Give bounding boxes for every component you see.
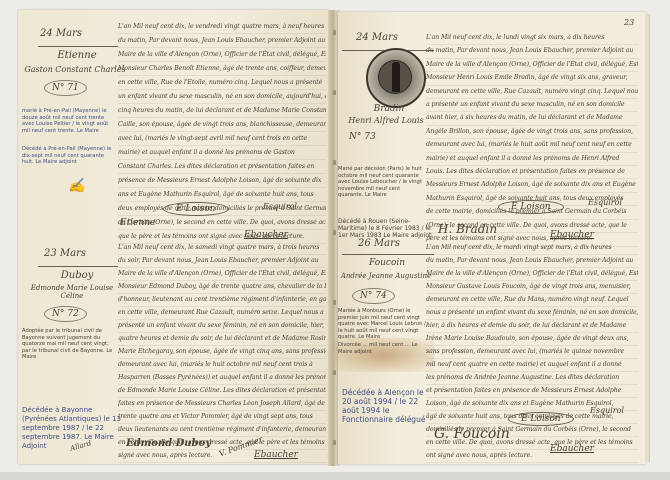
body-line: ans et Eugène Mathurin Esquirol, âgé de … [118,188,326,202]
entry-surname: Duboy [32,270,122,281]
marginal-note-adoption: Adoptée par le tribunal civil de Bayonne… [22,328,118,361]
body-line: du matin, Par devant nous, Jean Louis Eb… [426,45,638,58]
body-line: hier, à dix heures et demie du soir, de … [426,320,638,333]
body-line: avant hier, à six heures du matin, de lu… [426,112,638,125]
entry-given-names: Andrée Jeanne Augustine [338,272,434,280]
body-line: Constant Charles. Les dites déclaration … [118,160,326,174]
body-line: Hasparren (Basses Pyrénées)) et auquel e… [118,372,326,385]
entry-date: 24 Mars [40,28,82,39]
entry-surname: Bradin [346,104,432,114]
body-line: d'honneur, lieutenant au cent trentième … [118,294,326,307]
entry-body: L'an Mil neuf cent dix, le lundi vingt s… [426,32,638,247]
body-line: demeurant en cette ville, Rue du Mans, n… [426,294,638,307]
body-line: les prénoms de Andrée Jeanne Augustine. … [426,372,638,385]
body-line: Maire de la ville d'Alençon (Orne), Offi… [118,48,326,62]
binding-stitch [333,90,336,95]
marginal-note-marriage: Marié par décision (Paris) le huit octob… [338,166,424,199]
body-line: deux lieutenants au cent trentième régim… [118,424,326,437]
marginal-note-death: Décédé à Pré-en-Pail (Mayenne) le dix-se… [22,146,112,166]
body-line: L'an Mil neuf cent dix, le samedi vingt … [118,242,326,255]
body-line: un enfant vivant du sexe masculin, né en… [118,90,326,104]
right-page: 23 24 Mars Bradin Henri Alfred Louis N° … [338,12,646,464]
signature-officer: Ebaucher [550,230,594,240]
body-line: de Edmonde Marie Louise Céline. Les dite… [118,385,326,398]
body-line: du matin, Par devant nous, Jean Louis Eb… [426,255,638,268]
margin-divider [38,266,118,267]
republique-francaise-seal [366,48,426,108]
body-line: Monsieur Gustave Louis Foucoin, âgé de v… [426,281,638,294]
entry-body: L'an Mil neuf cent dix, le samedi vingt … [118,242,326,463]
signature-officer: Ebaucher [244,230,288,240]
signature-witness-1: E Loison [163,202,229,216]
record-number: N° 71 [44,80,87,96]
signature-witness-1: E Loison [508,412,574,426]
body-line: trente quatre ans et Victor Pommier, âgé… [118,411,326,424]
signature-officer: Ebaucher [254,450,298,460]
marginal-note-divorce: Divorcée ... mil neuf cent ... Le Maire … [338,342,428,355]
body-line: Maire de la ville d'Alençon (Orne), Offi… [118,268,326,281]
entry-date: 23 Mars [44,248,86,259]
body-line: faites en présence de Messieurs Charles … [118,398,326,411]
body-line: quatre heures et demie du soir, de lui d… [118,333,326,346]
body-line: présence de Messieurs Ernest Adolphe Loi… [118,174,326,188]
marginal-note-death: Décédée à Alençon le 20 août 1994 / le 2… [342,388,428,424]
body-line: Louis. Les dites déclaration et présenta… [426,166,638,179]
body-line: mairie) et auquel enfant il a donné les … [426,153,638,166]
marginal-note-death: Décédé à Rouen (Seine-Maritime) le 8 Fév… [338,218,438,239]
body-line: Monsieur Edmond Duboy, âgé de trente qua… [118,281,326,294]
body-line: Irène Marie Louise Baudouin, son épouse,… [426,333,638,346]
margin-divider [342,254,434,255]
scanned-register-spread: 24 Mars Etienne Gaston Constant Charles … [0,0,670,480]
body-line: Maire de la ville d'Alençon (Orne), Offi… [426,59,638,72]
signature-father: Etienne [120,218,155,228]
binding-stitch [333,440,336,445]
left-page: 24 Mars Etienne Gaston Constant Charles … [18,10,330,464]
margin-divider [38,46,118,47]
body-line: Caille, son épouse, âgée de vingt trois … [118,118,326,132]
record-number: N° 73 [342,130,383,144]
record-number: N° 72 [44,306,87,322]
body-line: nous a présenté un enfant vivant du sexe… [426,307,638,320]
entry-surname: Foucoin [344,258,430,268]
entry-given-names: Henri Alfred Louis [338,116,434,125]
signature-witness-2: Esquirol [263,202,297,211]
entry-date: 26 Mars [358,238,400,249]
body-line: cinq heures du matin, de lui déclarant e… [118,104,326,118]
entry-given-names: Gaston Constant Charles [20,65,130,74]
signature-witness-2: Esquirol [588,198,622,207]
body-line: avec lui, (mariés le vingt-sept avril mi… [118,132,326,146]
signature-father: G. Foucoin [434,426,510,442]
mayor-signature-mark: ✍ [68,178,85,194]
body-line: Maire de la ville d'Alençon (Orne), Offi… [426,268,638,281]
marginal-note-marriage: Mariée à Montsurs (Orne) le premier juin… [338,308,428,341]
body-line: demeurant avec lui, (mariés le huit août… [426,139,638,152]
body-line: L'an Mil neuf cent dix, le lundi vingt s… [426,32,638,45]
signature-father: Edmond Duboy [126,438,211,449]
marginal-note-marriage: marié à Pré-en-Pail (Mayenne) le douze a… [22,108,114,134]
binding-stitch [333,160,336,165]
body-line: et présentation faites en présence de Me… [426,385,638,398]
record-number: N° 74 [352,288,395,304]
binding-stitch [333,30,336,35]
body-line: Messieurs Ernest Adolphe Loison, âgé de … [426,179,638,192]
body-line: Angèle Brillon, son épouse, âgée de ving… [426,126,638,139]
entry-date: 24 Mars [356,32,398,43]
body-line: sans profession, demeurant avec lui, (ma… [426,346,638,359]
body-line: présenté un enfant vivant du sexe fémini… [118,320,326,333]
entry-surname: Etienne [32,50,122,61]
body-line: Monsieur Charles Benoît Etienne, âgé de … [118,62,326,76]
body-line: a présenté un enfant vivant du sexe masc… [426,99,638,112]
signature-father: H. Bradin [438,222,497,236]
body-line: mil neuf cent quatre en cette mairie) et… [426,359,638,372]
body-line: L'an Mil neuf cent dix, le mardi vingt s… [426,242,638,255]
page-number: 23 [624,18,634,27]
body-line: en cette ville, demeurant Rue Cazault, n… [118,307,326,320]
signature-officer: Ebaucher [550,444,594,454]
binding-stitch [333,300,336,305]
body-line: du matin, Par devant nous, Jean Louis Eb… [118,34,326,48]
body-line: demeurant en cette ville, Rue Cazault, n… [426,86,638,99]
body-line: mairie) et auquel enfant il a donné les … [118,146,326,160]
body-line: demeurant avec lui, (mariés le huit octo… [118,359,326,372]
body-line: ont signé avec nous, après lecture. [426,450,638,463]
binding-stitch [333,230,336,235]
scanner-bed-edge [0,472,670,480]
body-line: Marie Etchegaray, son épouse, âgée de vi… [118,346,326,359]
entry-given-names: Edmonde Marie Louise Céline [20,284,124,300]
body-line: L'an Mil neuf cent dix, le vendredi ving… [118,20,326,34]
signature-witness-2: Esquirol [590,406,624,415]
body-line: Monsieur Henri Louis Emile Bradin, âgé d… [426,72,638,85]
signature-witness-1: E Loison [498,200,564,214]
body-line: du soir, Par devant nous, Jean Louis Eba… [118,255,326,268]
body-line: en cette ville, Rue de l'Etoile, numéro … [118,76,326,90]
